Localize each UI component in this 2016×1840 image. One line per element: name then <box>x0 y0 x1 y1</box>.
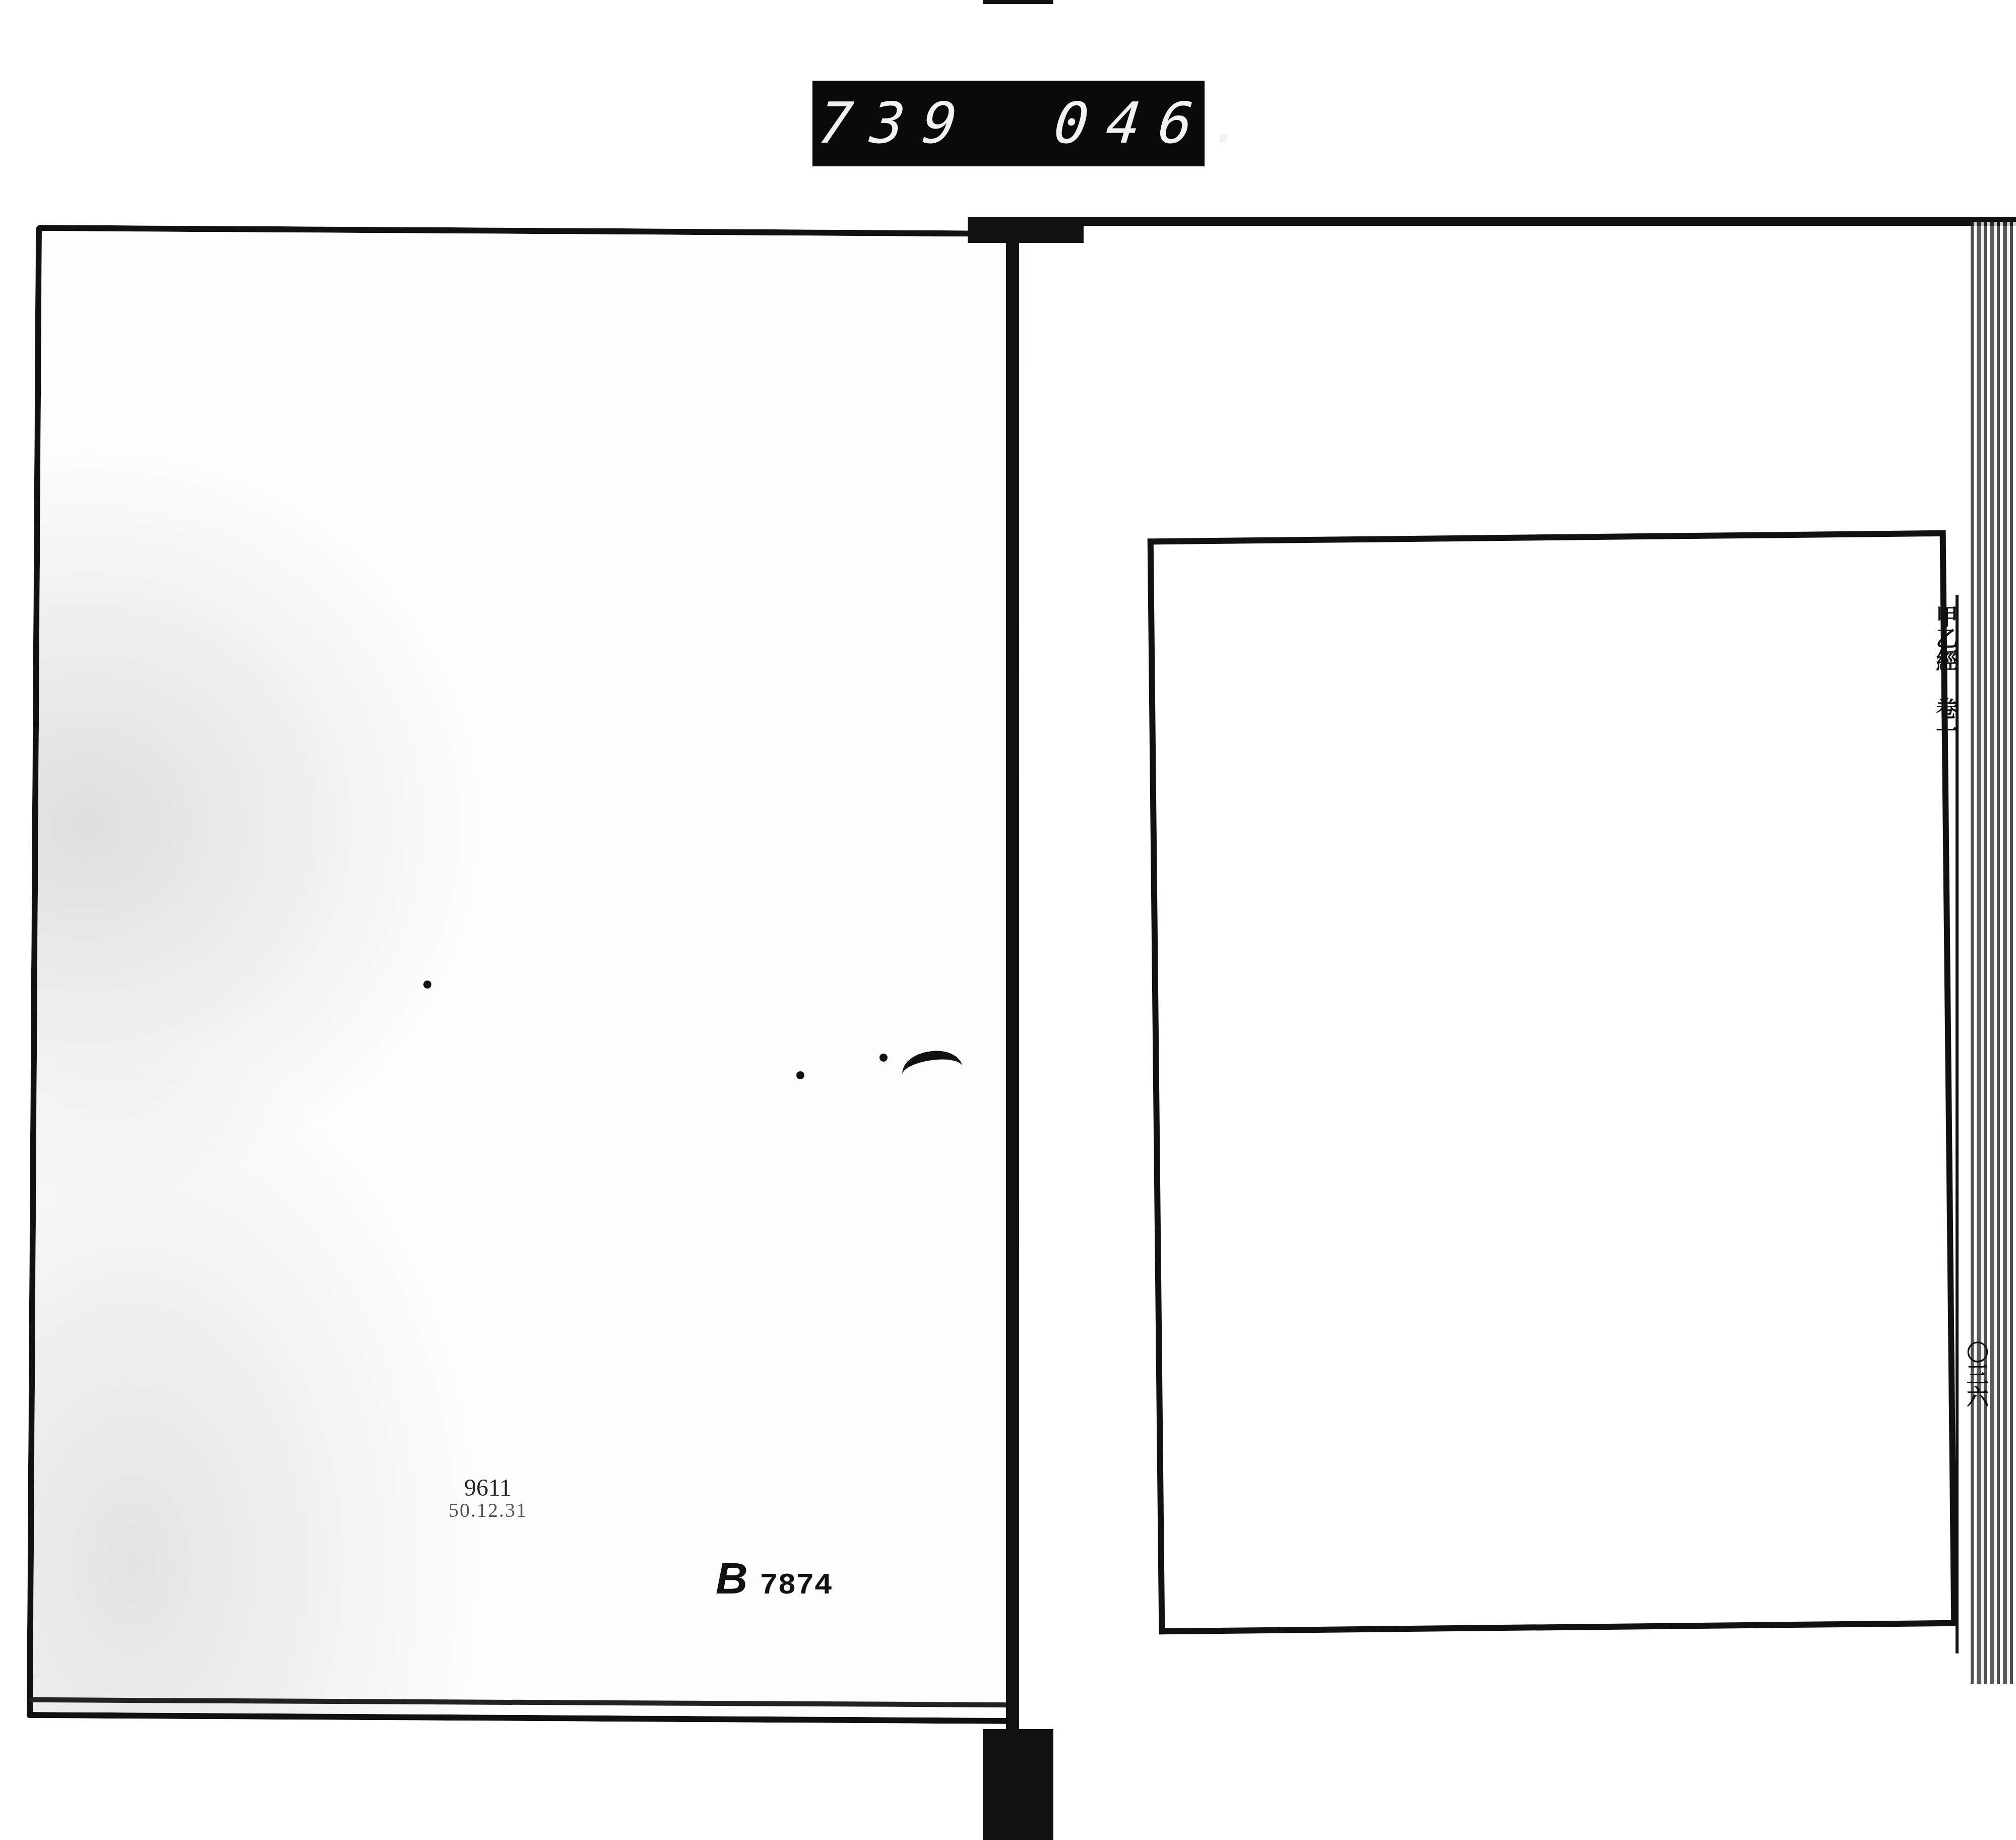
margin-title: 甲乙經 卷一 <box>1934 605 1958 742</box>
ink-spot <box>879 1054 888 1062</box>
book-spine <box>1006 237 1019 1729</box>
film-edge-mark <box>983 0 1053 4</box>
date-stamp: 50.12.31 <box>449 1499 527 1521</box>
accession-number: 7874 <box>760 1569 833 1603</box>
accession-stamp: B 7874 <box>716 1553 833 1604</box>
printed-border-frame <box>1148 530 1958 1634</box>
spine-bottom-clip <box>983 1729 1053 1840</box>
page-stack-edge <box>1971 222 2016 1684</box>
margin-page-number: 〇三六 <box>1968 1341 1988 1407</box>
margin-rule <box>1956 595 1959 1653</box>
frame-number: 046. <box>1051 91 1266 156</box>
reel-number: 739 <box>815 91 978 156</box>
accession-series: B <box>716 1553 748 1604</box>
call-number-text: 9611 <box>449 1477 527 1499</box>
library-call-number: 9611 50.12.31 <box>449 1477 527 1521</box>
ink-spot <box>796 1071 804 1079</box>
ink-spot <box>423 980 431 989</box>
right-page-top-edge <box>1013 217 2016 226</box>
microfilm-frame-label: 739 046. <box>812 81 1205 166</box>
